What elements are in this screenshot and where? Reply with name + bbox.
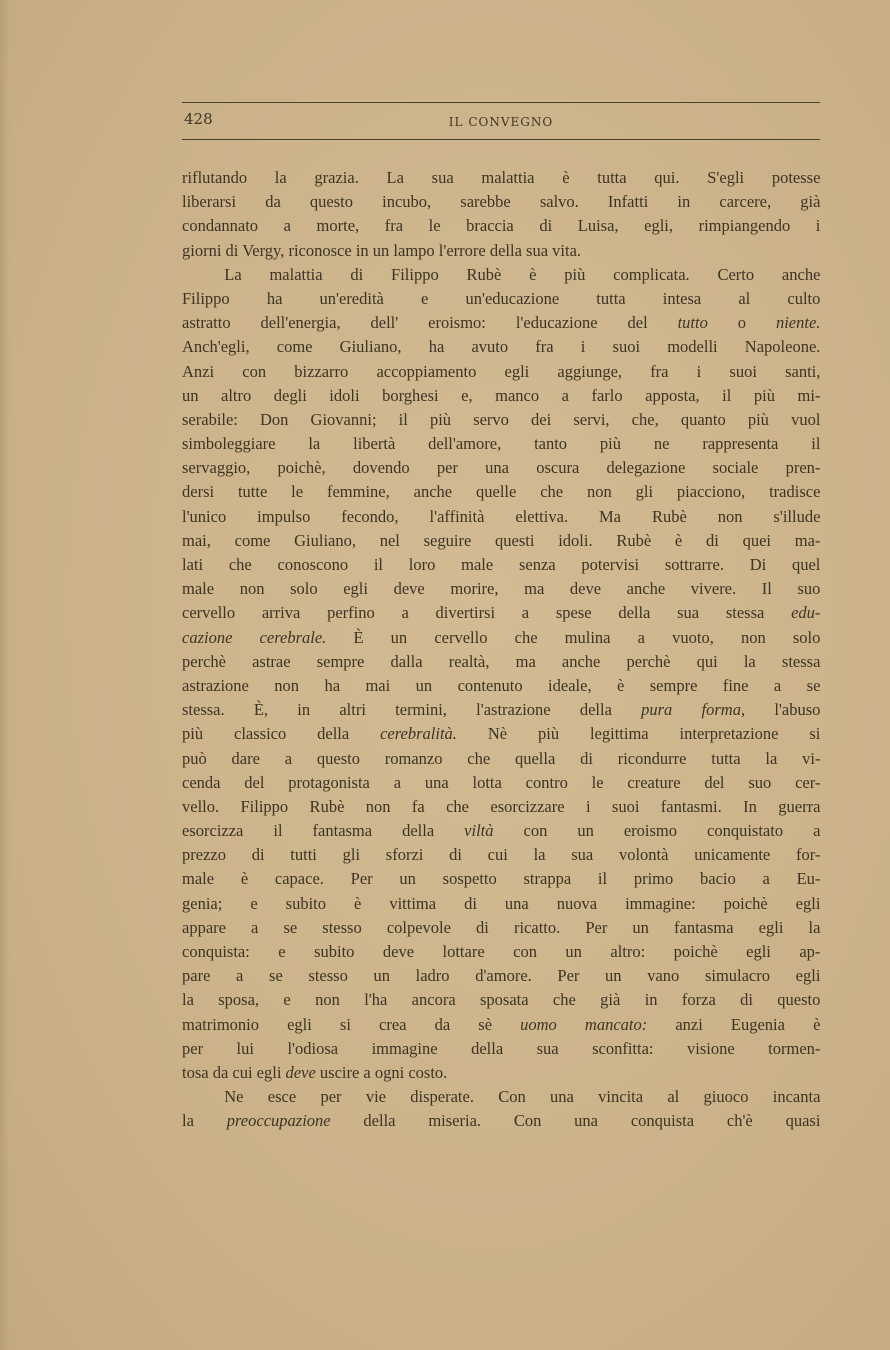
text-segment: con un eroismo conquistato a (494, 821, 821, 840)
text-line: la preoccupazione della miseria. Con una… (182, 1109, 820, 1133)
text-segment: simboleggiare la libertà dell'amore, tan… (182, 434, 820, 453)
text-line: cervello arriva perfino a divertirsi a s… (182, 601, 820, 625)
text-line: vello. Filippo Rubè non fa che esorcizza… (182, 795, 820, 819)
text-line: matrimonio egli si crea da sè uomo manca… (182, 1013, 820, 1037)
text-line: male non solo egli deve morire, ma deve … (182, 577, 820, 601)
text-segment: genia; e subito è vittima di una nuova i… (182, 894, 820, 913)
text-segment: stessa. È, in altri termini, l'astrazion… (182, 700, 641, 719)
text-segment: lati che conoscono il loro male senza po… (182, 555, 820, 574)
text-segment: Nè più legittima interpretazione si (457, 724, 820, 743)
italic-text: edu- (791, 603, 820, 622)
text-segment: La malattia di Filippo Rubè è più compli… (224, 265, 820, 284)
text-line: tosa da cui egli deve uscire a ogni cost… (182, 1061, 820, 1085)
text-line: può dare a questo romanzo che quella di … (182, 747, 820, 771)
text-segment: cenda del protagonista a una lotta contr… (182, 773, 820, 792)
text-line: più classico della cerebralità. Nè più l… (182, 722, 820, 746)
text-line: mai, come Giuliano, nel seguire questi i… (182, 529, 820, 553)
text-line: serabile: Don Giovanni; il più servo dei… (182, 408, 820, 432)
text-line: riflutando la grazia. La sua malattia è … (182, 166, 820, 190)
text-line: la sposa, e non l'ha ancora sposata che … (182, 988, 820, 1012)
text-segment: un altro degli idoli borghesi e, manco a… (182, 386, 820, 405)
text-segment: la (182, 1111, 227, 1130)
text-segment: liberarsi da questo incubo, sarebbe salv… (182, 192, 820, 211)
text-line: un altro degli idoli borghesi e, manco a… (182, 384, 820, 408)
text-segment: anzi Eugenia è (647, 1015, 820, 1034)
text-segment: Ne esce per vie disperate. Con una vinci… (224, 1087, 820, 1106)
text-segment: giorni di Vergy, riconosce in un lampo l… (182, 241, 581, 260)
text-segment: riflutando la grazia. La sua malattia è … (182, 168, 820, 187)
text-segment: prezzo di tutti gli sforzi di cui la sua… (182, 845, 820, 864)
text-segment: serabile: Don Giovanni; il più servo dei… (182, 410, 820, 429)
text-line: astratto dell'energia, dell' eroismo: l'… (182, 311, 820, 335)
text-line: genia; e subito è vittima di una nuova i… (182, 892, 820, 916)
text-segment: per lui l'odiosa immagine della sua scon… (182, 1039, 820, 1058)
text-line: dersi tutte le femmine, anche quelle che… (182, 480, 820, 504)
text-line: stessa. È, in altri termini, l'astrazion… (182, 698, 820, 722)
text-segment: pare a se stesso un ladro d'amore. Per u… (182, 966, 820, 985)
text-segment: l'abuso (745, 700, 820, 719)
text-line: perchè astrae sempre dalla realtà, ma an… (182, 650, 820, 674)
italic-text: deve (286, 1063, 316, 1082)
text-segment: l'unico impulso fecondo, l'affinità elet… (182, 507, 820, 526)
text-line: lati che conoscono il loro male senza po… (182, 553, 820, 577)
text-segment: la sposa, e non l'ha ancora sposata che … (182, 990, 820, 1009)
text-segment: Anch'egli, come Giuliano, ha avuto fra i… (182, 337, 820, 356)
italic-text: pura forma, (641, 700, 745, 719)
text-segment: della miseria. Con una conquista ch'è qu… (331, 1111, 821, 1130)
text-segment: male non solo egli deve morire, ma deve … (182, 579, 820, 598)
italic-text: uomo mancato: (520, 1015, 647, 1034)
text-line: Anzi con bizzarro accoppiamento egli agg… (182, 360, 820, 384)
body-text: riflutando la grazia. La sua malattia è … (182, 166, 820, 1134)
text-line: l'unico impulso fecondo, l'affinità elet… (182, 505, 820, 529)
text-segment: tosa da cui egli (182, 1063, 286, 1082)
text-line: per lui l'odiosa immagine della sua scon… (182, 1037, 820, 1061)
italic-text: viltà (464, 821, 493, 840)
text-line: Ne esce per vie disperate. Con una vinci… (182, 1085, 820, 1109)
italic-text: preoccupazione (227, 1111, 331, 1130)
text-line: male è capace. Per un sospetto strappa i… (182, 867, 820, 891)
text-segment: vello. Filippo Rubè non fa che esorcizza… (182, 797, 820, 816)
text-line: servaggio, poichè, dovendo per una oscur… (182, 456, 820, 480)
text-segment: perchè astrae sempre dalla realtà, ma an… (182, 652, 820, 671)
italic-text: tutto (678, 313, 708, 332)
text-segment: cervello arriva perfino a divertirsi a s… (182, 603, 791, 622)
italic-text: cerebralità. (380, 724, 457, 743)
text-segment: È un cervello che mulina a vuoto, non so… (326, 628, 820, 647)
text-segment: condannato a morte, fra le braccia di Lu… (182, 216, 820, 235)
text-line: Filippo ha un'eredità e un'educazione tu… (182, 287, 820, 311)
text-segment: astrazione non ha mai un contenuto ideal… (182, 676, 820, 695)
text-segment: matrimonio egli si crea da sè (182, 1015, 520, 1034)
text-line: conquista: e subito deve lottare con un … (182, 940, 820, 964)
text-segment: più classico della (182, 724, 380, 743)
text-segment: può dare a questo romanzo che quella di … (182, 749, 820, 768)
journal-title: IL CONVEGNO (182, 115, 820, 129)
text-line: La malattia di Filippo Rubè è più compli… (182, 263, 820, 287)
text-line: esorcizza il fantasma della viltà con un… (182, 819, 820, 843)
text-line: Anch'egli, come Giuliano, ha avuto fra i… (182, 335, 820, 359)
page-edge-shadow (0, 0, 10, 1350)
text-line: giorni di Vergy, riconosce in un lampo l… (182, 239, 820, 263)
text-segment: dersi tutte le femmine, anche quelle che… (182, 482, 820, 501)
text-line: appare a se stesso colpevole di ricatto.… (182, 916, 820, 940)
text-segment: Filippo ha un'eredità e un'educazione tu… (182, 289, 820, 308)
text-segment: servaggio, poichè, dovendo per una oscur… (182, 458, 820, 477)
text-segment: o (708, 313, 776, 332)
italic-text: cazione cerebrale. (182, 628, 326, 647)
text-segment: uscire a ogni costo. (316, 1063, 448, 1082)
text-segment: Anzi con bizzarro accoppiamento egli agg… (182, 362, 820, 381)
running-head: 428 IL CONVEGNO (182, 102, 820, 140)
text-line: cenda del protagonista a una lotta contr… (182, 771, 820, 795)
text-segment: male è capace. Per un sospetto strappa i… (182, 869, 820, 888)
text-segment: esorcizza il fantasma della (182, 821, 464, 840)
italic-text: niente. (776, 313, 820, 332)
text-line: pare a se stesso un ladro d'amore. Per u… (182, 964, 820, 988)
text-segment: astratto dell'energia, dell' eroismo: l'… (182, 313, 678, 332)
text-line: condannato a morte, fra le braccia di Lu… (182, 214, 820, 238)
text-line: prezzo di tutti gli sforzi di cui la sua… (182, 843, 820, 867)
text-segment: conquista: e subito deve lottare con un … (182, 942, 820, 961)
text-line: astrazione non ha mai un contenuto ideal… (182, 674, 820, 698)
text-line: liberarsi da questo incubo, sarebbe salv… (182, 190, 820, 214)
text-segment: mai, come Giuliano, nel seguire questi i… (182, 531, 820, 550)
text-line: cazione cerebrale. È un cervello che mul… (182, 626, 820, 650)
text-line: simboleggiare la libertà dell'amore, tan… (182, 432, 820, 456)
text-segment: appare a se stesso colpevole di ricatto.… (182, 918, 820, 937)
